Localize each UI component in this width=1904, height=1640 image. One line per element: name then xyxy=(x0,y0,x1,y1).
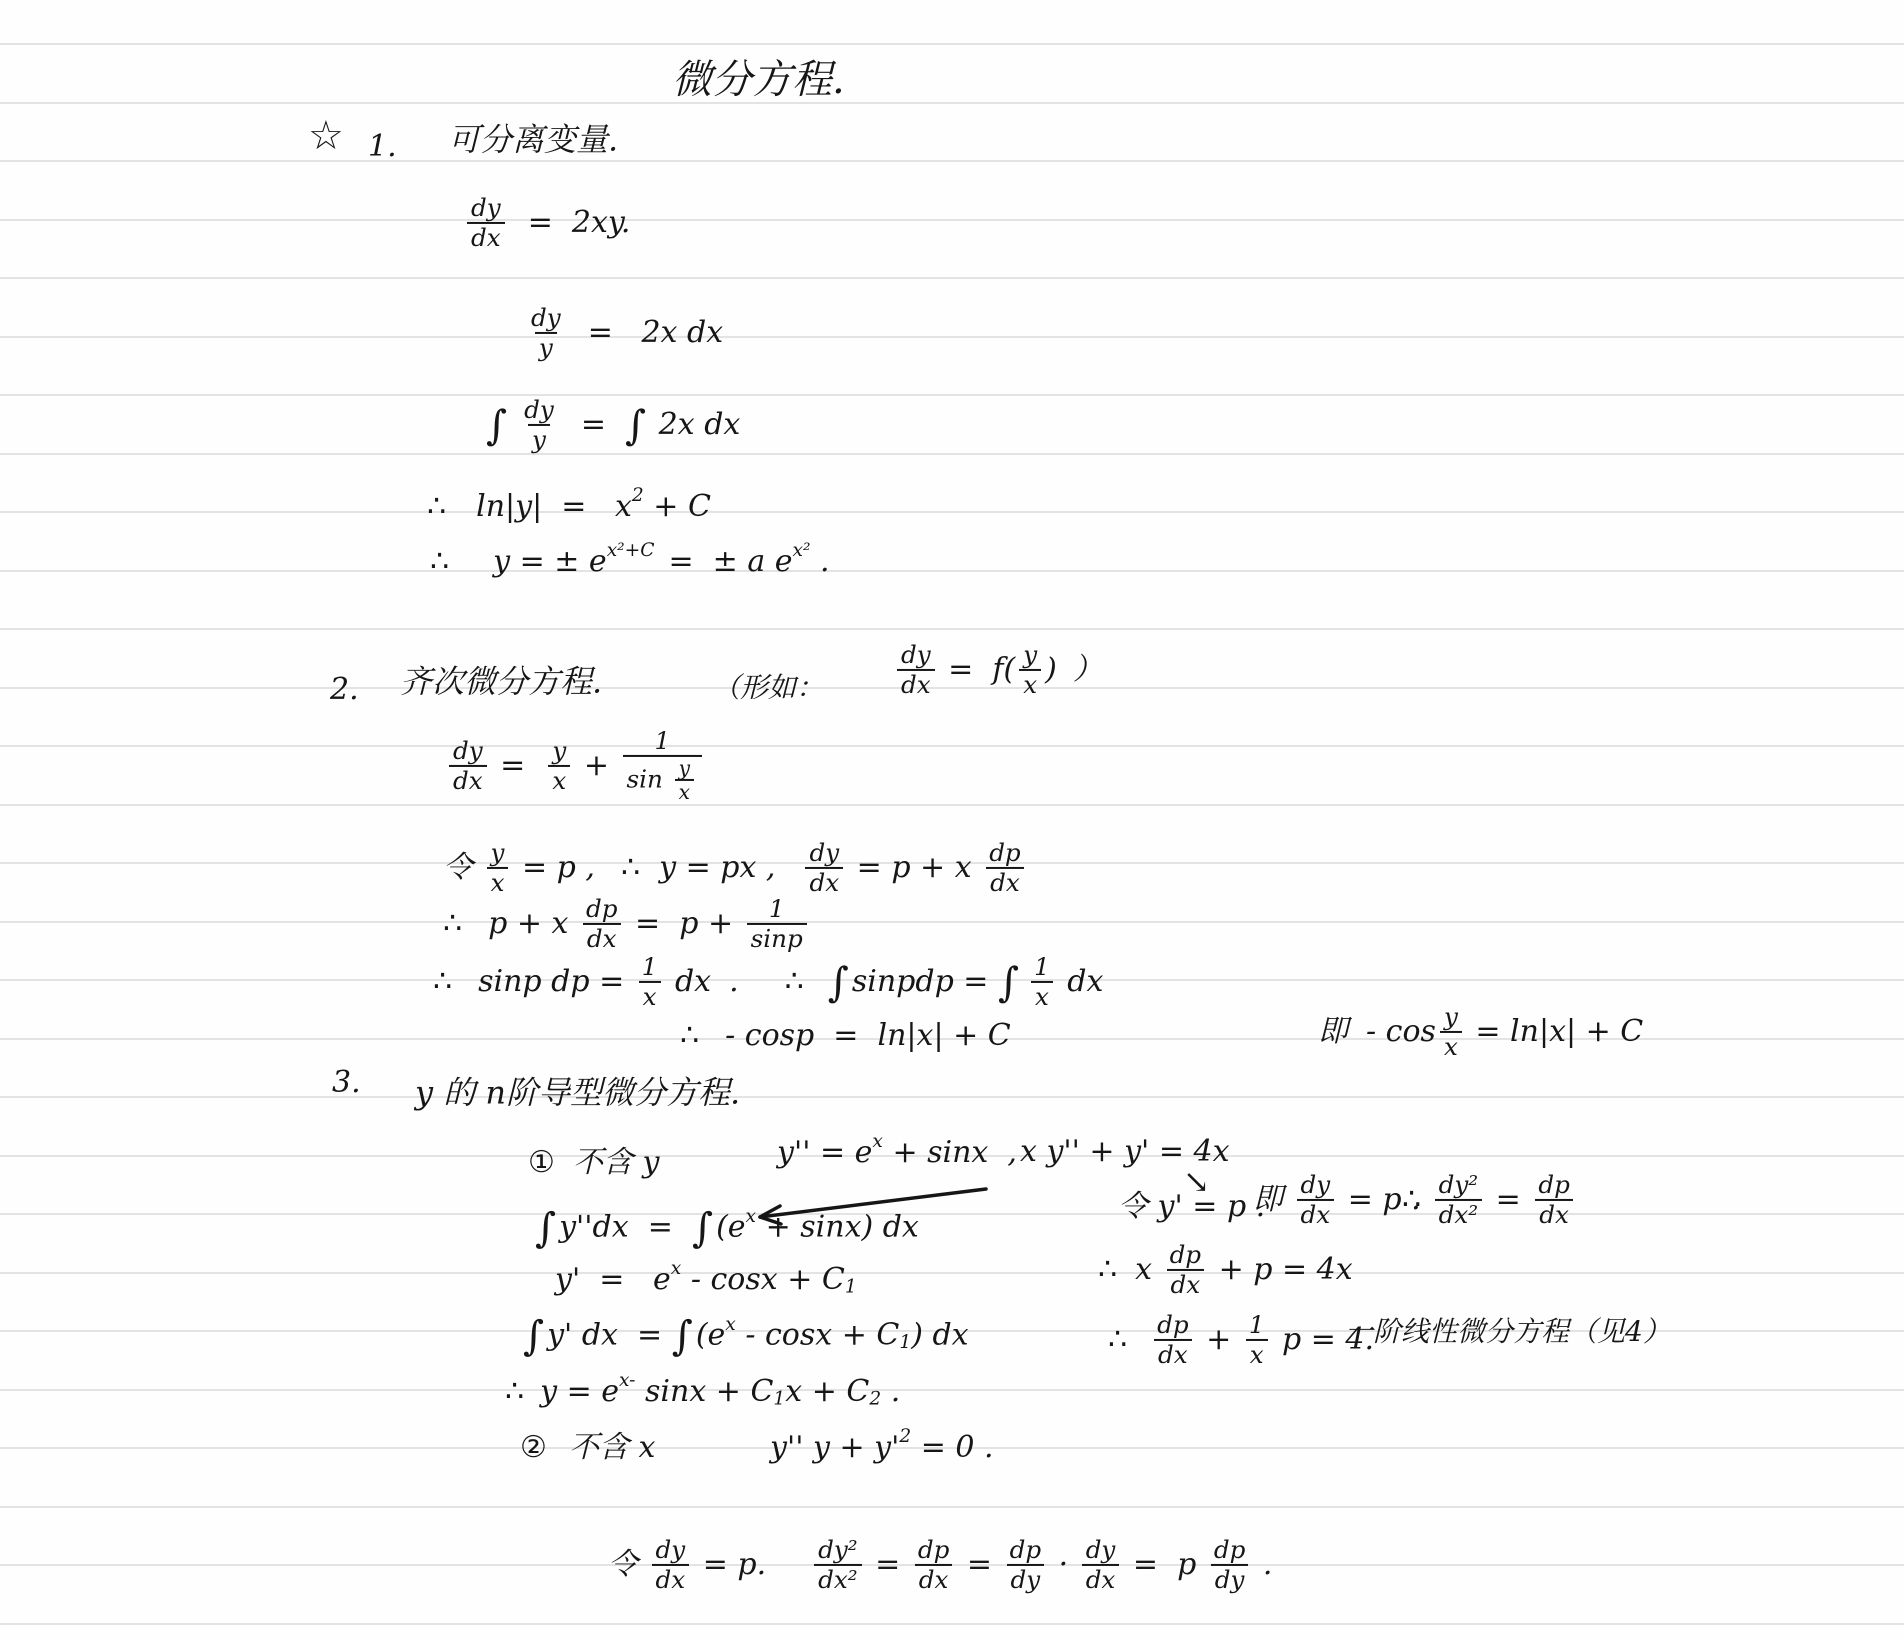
formula-text: = f( xyxy=(939,653,1016,688)
integral-sign: ∫ xyxy=(535,1205,556,1252)
fraction: dpdx xyxy=(985,840,1025,896)
formula-text: ln|y| = x xyxy=(476,490,632,525)
formula-text: dy xyxy=(1215,1565,1245,1594)
formula-text: ) dx xyxy=(911,1319,968,1354)
formula-text: dy xyxy=(1086,1535,1116,1564)
formula-text: dy xyxy=(901,640,931,669)
section-1-heading: 可分离变量. xyxy=(448,122,618,159)
formula-text: 即 xyxy=(1253,1183,1293,1218)
fraction-denominator: x xyxy=(675,779,694,804)
spacer xyxy=(775,868,801,869)
formula-text: ∴ xyxy=(785,965,804,1000)
formula-text: dp xyxy=(989,838,1021,867)
formula-text: + p = 4x xyxy=(1209,1253,1353,1288)
formula-text: = xyxy=(866,1548,910,1583)
formula-text: y = e xyxy=(540,1375,619,1410)
formula-text: y' = e xyxy=(555,1263,671,1298)
formula-text: (e xyxy=(716,1211,745,1246)
formula-text: 一阶线性微分方程（见4） xyxy=(1345,1316,1671,1348)
formula-text: ) xyxy=(1045,653,1057,688)
formula-text: dx xyxy=(1171,1270,1201,1299)
formula-text: ∴ y = px , xyxy=(621,851,776,886)
formula-text: dx xyxy=(656,1565,686,1594)
formula-text: dp xyxy=(1010,1535,1042,1564)
section-3-heading: y 的 n阶导型微分方程. xyxy=(415,1075,740,1112)
fraction-numerator: dy² xyxy=(814,1537,862,1564)
formula-text: - cosx + C xyxy=(736,1319,900,1354)
integral-sign: ∫ xyxy=(486,402,507,449)
notebook-page: { "page": { "background": "#fefefe", "ru… xyxy=(0,0,1904,1640)
fraction: dydx xyxy=(1082,1537,1120,1593)
fraction: yx xyxy=(487,840,509,896)
section-2-number: 2. xyxy=(330,673,359,708)
formula-text: . xyxy=(810,545,829,580)
formula-text: = p. xyxy=(693,1548,766,1583)
fraction-numerator: dp xyxy=(1153,1312,1193,1339)
formula-text: dx xyxy=(453,765,483,794)
superscript: x xyxy=(872,1131,883,1152)
formula-text: dy xyxy=(471,193,501,222)
formula-text: - cosx + C xyxy=(681,1263,845,1298)
fraction: dydx xyxy=(805,840,843,896)
formula-text: x xyxy=(552,765,566,794)
formula-text: dy xyxy=(1011,1565,1041,1594)
fraction: dpdx xyxy=(582,896,622,952)
equation: ∴p + x dpdx = p + 1sinp xyxy=(443,896,811,952)
equation: ∫y' dx = ∫(ex - cosx + C1) dx xyxy=(523,1313,969,1360)
formula-text: dx xyxy=(1058,965,1104,1000)
formula-text: ① xyxy=(528,1146,555,1181)
fraction: dpdy xyxy=(1210,1537,1250,1593)
fraction-denominator: dx² xyxy=(1435,1199,1482,1229)
spacer xyxy=(462,924,488,925)
spacer xyxy=(1057,670,1073,671)
equation: ∴ dy²dx² = dpdx xyxy=(1402,1172,1578,1228)
fraction-denominator: dx xyxy=(1535,1199,1573,1229)
fraction-numerator: 1 xyxy=(1245,1312,1269,1339)
formula-text: ∴ xyxy=(427,490,446,525)
spacer xyxy=(804,982,828,983)
fraction-numerator: dy xyxy=(805,840,843,867)
formula-text: y xyxy=(491,838,505,867)
superscript: x xyxy=(671,1258,682,1279)
superscript: 2 xyxy=(899,1426,911,1447)
superscript: x²+C xyxy=(607,540,655,561)
spacer xyxy=(711,982,729,983)
formula-text: y xyxy=(1023,640,1037,669)
formula-text: y 的 n阶导型微分方程. xyxy=(415,1075,740,1112)
formula-text: x xyxy=(1444,1032,1458,1061)
subsection-2-heading: ②不含 x xyxy=(520,1431,655,1466)
fraction: 1x xyxy=(1245,1312,1269,1368)
formula-text: = 2x dx xyxy=(569,316,723,351)
fraction-numerator: dp xyxy=(1006,1537,1046,1564)
fraction-denominator: dx² xyxy=(814,1564,861,1594)
fraction: dyy xyxy=(527,305,565,361)
fraction: dpdx xyxy=(1153,1312,1193,1368)
fraction-numerator: dp xyxy=(582,896,622,923)
fraction-denominator: dx xyxy=(986,867,1024,897)
formula-text: ∴ xyxy=(1098,1253,1117,1288)
fraction: 1x xyxy=(1030,954,1054,1010)
fraction-denominator: dx xyxy=(1167,1269,1205,1299)
formula-text: y xyxy=(552,736,566,765)
formula-text: sinp xyxy=(751,924,803,953)
equation: 令 dydx = p.dy²dx² = dpdx = dpdy · dydx =… xyxy=(608,1537,1272,1593)
equation: 令 yx = p ,∴ y = px ,dydx = p + x dpdx xyxy=(443,840,1029,896)
fraction-denominator: dx xyxy=(1082,1564,1120,1594)
formula-text: = 0 . xyxy=(911,1431,993,1466)
formula-text: = p , xyxy=(512,851,595,886)
formula-text: dx xyxy=(809,868,839,897)
formula-text: x xyxy=(1023,670,1037,699)
equation: ∴y = ± ex²+C= ± a ex² . xyxy=(430,545,830,580)
fraction: yx xyxy=(675,757,694,804)
formula-text: y' dx = xyxy=(547,1319,672,1354)
fraction-denominator: dy xyxy=(1211,1564,1249,1594)
formula-text: dx xyxy=(1086,1565,1116,1594)
formula-text: ∴ xyxy=(505,1375,524,1410)
formula-text: ∴ xyxy=(1402,1183,1431,1218)
formula-text: 2x dx xyxy=(649,408,740,443)
fraction-denominator: dx xyxy=(1297,1199,1335,1229)
fraction-denominator: dx xyxy=(897,669,935,699)
formula-text: x xyxy=(679,780,690,804)
fraction-numerator: dy² xyxy=(1435,1172,1483,1199)
formula-text: (e xyxy=(696,1319,725,1354)
fraction: 1sin yx xyxy=(623,728,703,804)
formula-text: 不含 x xyxy=(569,1431,655,1466)
fraction: 1sinp xyxy=(747,896,807,952)
fraction-numerator: dy xyxy=(1297,1172,1335,1199)
fraction-denominator: x xyxy=(1019,669,1041,699)
superscript: 2 xyxy=(632,485,644,506)
formula-text: dy xyxy=(453,736,483,765)
formula-text: dy² xyxy=(1439,1170,1479,1199)
formula-text: = xyxy=(562,408,625,443)
fraction-denominator: x xyxy=(487,867,509,897)
formula-text: dx xyxy=(471,223,501,252)
fraction-numerator: dp xyxy=(1166,1242,1206,1269)
formula-text: y xyxy=(1444,1002,1458,1031)
integral-sign: ∫ xyxy=(625,402,646,449)
equation: dydx = yx + 1sin yx xyxy=(445,728,706,804)
subscript: 1 xyxy=(899,1332,911,1353)
formula-text: 1 xyxy=(654,726,670,755)
fraction-denominator: dx xyxy=(467,222,505,252)
integral-sign: ∫ xyxy=(692,1205,713,1252)
formula-text: dx xyxy=(901,670,931,699)
formula-text: ☆ xyxy=(308,113,344,159)
formula-text: . xyxy=(729,965,739,1000)
fraction-numerator: y xyxy=(487,840,509,867)
formula-text: y'' y + y' xyxy=(770,1431,899,1466)
fraction-denominator: x xyxy=(548,764,570,794)
spacer xyxy=(654,562,668,563)
subsection-1-heading: ①不含 y xyxy=(528,1146,659,1181)
formula-text: 令 xyxy=(443,851,483,886)
formula-text: ∴ xyxy=(443,907,462,942)
formula-text: dp xyxy=(918,1535,950,1564)
equation: ∴- cosp = ln|x| + C xyxy=(680,1019,1011,1054)
formula-text: - cos xyxy=(1366,1015,1436,1050)
formula-text: 1 xyxy=(1034,952,1050,981)
formula-text: 可分离变量. xyxy=(448,122,618,159)
spacer xyxy=(595,868,621,869)
fraction-numerator: dy xyxy=(449,738,487,765)
fraction-numerator: 1 xyxy=(650,728,674,755)
formula-text: . xyxy=(1253,1548,1272,1583)
integral-sign: ∫ xyxy=(672,1313,693,1360)
formula-text: dx xyxy=(990,868,1020,897)
formula-text: = p + xyxy=(625,907,742,942)
superscript: x- xyxy=(619,1370,635,1391)
spacer xyxy=(449,562,493,563)
fraction: dyy xyxy=(520,397,558,453)
spacer xyxy=(452,982,478,983)
fraction-numerator: 1 xyxy=(1030,954,1054,981)
formula-text: 齐次微分方程. xyxy=(400,664,602,701)
formula-text: = ± a e xyxy=(668,545,792,580)
formula-text: dy xyxy=(1301,1170,1331,1199)
formula-text: dx² xyxy=(1439,1200,1478,1229)
equation: y'' = ex + sinx , xyxy=(777,1136,1017,1171)
star-icon: ☆ xyxy=(308,113,344,159)
fraction-denominator: x xyxy=(1440,1031,1462,1061)
formula-text: y xyxy=(539,333,553,362)
section-2-note: （形如： xyxy=(712,672,824,704)
formula-text: sinx + C xyxy=(635,1375,773,1410)
fraction: dydx xyxy=(652,1537,690,1593)
fraction: dpdx xyxy=(1534,1172,1574,1228)
equation: ∴y = ex- sinx + C1x + C2 . xyxy=(505,1375,900,1410)
fraction-denominator: dx xyxy=(915,1564,953,1594)
spacer xyxy=(1022,982,1026,983)
fraction-numerator: y xyxy=(675,757,694,779)
fraction-denominator: x xyxy=(1031,981,1053,1011)
fraction-denominator: x xyxy=(1246,1339,1268,1369)
formula-text: 不含 y xyxy=(573,1146,659,1181)
fraction-denominator: sinp xyxy=(747,923,807,953)
equation: dyy = 2x dx xyxy=(523,305,723,361)
formula-text: dp xyxy=(1170,1240,1202,1269)
fraction-numerator: dp xyxy=(914,1537,954,1564)
formula-text: ∴ xyxy=(433,965,452,1000)
fraction-numerator: y xyxy=(1440,1004,1462,1031)
subscript: 1 xyxy=(773,1388,785,1409)
formula-text: = xyxy=(957,1548,1001,1583)
formula-text: y = ± e xyxy=(493,545,607,580)
formula-text: 1. xyxy=(368,130,397,165)
integral-sign: ∫ xyxy=(828,959,849,1006)
equation: ∴dpdx + 1x p = 4. xyxy=(1108,1312,1374,1368)
fraction: yx xyxy=(1440,1004,1462,1060)
formula-text: - cosp = ln|x| + C xyxy=(725,1019,1011,1054)
formula-text: y xyxy=(679,755,690,779)
formula-text: y xyxy=(532,425,546,454)
fraction-denominator: dx xyxy=(805,867,843,897)
equation: ∴ln|y| = x2 + C xyxy=(427,490,711,525)
formula-text: ∴ xyxy=(430,545,449,580)
fraction-numerator: y xyxy=(1019,642,1041,669)
fraction: dy²dx² xyxy=(1435,1172,1483,1228)
formula-text: dx xyxy=(1158,1340,1188,1369)
fraction-denominator: dx xyxy=(1154,1339,1192,1369)
fraction-numerator: dy xyxy=(652,1537,690,1564)
formula-text: x xyxy=(1135,1253,1161,1288)
formula-text: dy xyxy=(531,303,561,332)
formula-text: y''dx = xyxy=(559,1211,692,1246)
formula-text: （形如： xyxy=(712,672,824,704)
fraction: dpdx xyxy=(914,1537,954,1593)
fraction-numerator: dy xyxy=(520,397,558,424)
formula-text: 即 xyxy=(1318,1015,1348,1050)
formula-text: . xyxy=(881,1375,900,1410)
formula-text: 令 xyxy=(608,1548,648,1583)
fraction-denominator: dx xyxy=(449,764,487,794)
fraction: dpdy xyxy=(1006,1537,1046,1593)
formula-text: = p xyxy=(1123,1548,1206,1583)
equation: dydx = f(yx)） xyxy=(893,642,1103,698)
formula-text: dx xyxy=(919,1565,949,1594)
formula-text: 微分方程. xyxy=(672,57,845,103)
fraction: yx xyxy=(548,738,570,794)
spacer xyxy=(547,1448,569,1449)
integral-sign: ∫ xyxy=(523,1313,544,1360)
formula-text: 3. xyxy=(332,1066,361,1101)
formula-text: dy xyxy=(809,838,839,867)
fraction: dydx xyxy=(1297,1172,1335,1228)
formula-text: = 2xy. xyxy=(509,206,631,241)
section-1-number: 1. xyxy=(368,130,397,165)
equation: ∫dyy = ∫ 2x dx xyxy=(486,397,740,453)
equation: 即 dydx = p . xyxy=(1253,1172,1421,1228)
formula-text: ∴ xyxy=(680,1019,699,1054)
formula-text: x xyxy=(1035,982,1049,1011)
formula-text: ∴ xyxy=(1108,1323,1127,1358)
formula-text: 令 y' = p . xyxy=(1118,1190,1265,1225)
fraction-numerator: dp xyxy=(1534,1172,1574,1199)
subscript: 1 xyxy=(845,1276,857,1297)
spacer xyxy=(1127,1340,1149,1341)
spacer xyxy=(1117,1270,1135,1271)
fraction-denominator: y xyxy=(528,424,550,454)
formula-text: x + C xyxy=(785,1375,869,1410)
formula-text: dx xyxy=(1539,1200,1569,1229)
fraction: dy²dx² xyxy=(814,1537,862,1593)
fraction: yx xyxy=(1019,642,1041,698)
fraction-numerator: dp xyxy=(1210,1537,1250,1564)
fraction: 1x xyxy=(638,954,662,1010)
formula-text: dp xyxy=(1214,1535,1246,1564)
equation: 即- cosyx = ln|x| + C xyxy=(1318,1004,1643,1060)
fraction-numerator: dy xyxy=(1082,1537,1120,1564)
formula-text: dx xyxy=(1301,1200,1331,1229)
formula-text: dy xyxy=(524,395,554,424)
formula-text: ） xyxy=(1073,653,1103,688)
fraction: dydx xyxy=(467,195,505,251)
formula-text: x xyxy=(643,982,657,1011)
integral-sign: ∫ xyxy=(998,959,1019,1006)
spacer xyxy=(510,425,516,426)
page-title: 微分方程. xyxy=(672,57,845,103)
formula-text: x xyxy=(491,868,505,897)
fraction-numerator: dy xyxy=(467,195,505,222)
long-left-arrow-icon xyxy=(750,1182,994,1232)
formula-text: sin xyxy=(627,764,671,793)
spacer xyxy=(766,1565,810,1566)
fraction-numerator: dp xyxy=(985,840,1025,867)
formula-text: ② xyxy=(520,1431,547,1466)
section-2-heading: 齐次微分方程. xyxy=(400,664,602,701)
fraction-denominator: dx xyxy=(652,1564,690,1594)
spacer xyxy=(699,1036,725,1037)
formula-text: = xyxy=(491,749,545,784)
formula-text: 1 xyxy=(642,952,658,981)
formula-text: 1 xyxy=(1249,1310,1265,1339)
formula-text: 2. xyxy=(330,673,359,708)
formula-text: dx xyxy=(587,924,617,953)
fraction-denominator: x xyxy=(639,981,661,1011)
formula-text: 1 xyxy=(769,894,785,923)
equation: dydx = 2xy. xyxy=(463,195,630,251)
equation: y'' y + y'2 = 0 . xyxy=(770,1431,994,1466)
superscript: x xyxy=(725,1314,736,1335)
fraction-denominator: sin yx xyxy=(623,754,703,804)
fraction-denominator: y xyxy=(535,332,557,362)
fraction-numerator: dy xyxy=(897,642,935,669)
formula-text: sinpdp = xyxy=(852,965,998,1000)
formula-text: + xyxy=(1197,1323,1241,1358)
formula-text: = xyxy=(1486,1183,1530,1218)
formula-text: + C xyxy=(644,490,711,525)
section-3-number: 3. xyxy=(332,1066,361,1101)
fraction: dydx xyxy=(449,738,487,794)
spacer xyxy=(739,982,785,983)
formula-text: dy xyxy=(656,1535,686,1564)
spacer xyxy=(524,1392,540,1393)
formula-text: p + x xyxy=(488,907,578,942)
subscript: 2 xyxy=(869,1388,881,1409)
formula-text: dx xyxy=(665,965,711,1000)
annotation: 一阶线性微分方程（见4） xyxy=(1345,1316,1671,1348)
formula-text: · xyxy=(1049,1548,1078,1583)
formula-text: dy² xyxy=(818,1535,858,1564)
fraction-denominator: dx xyxy=(583,923,621,953)
formula-text: dp xyxy=(586,894,618,923)
spacer xyxy=(1348,1032,1366,1033)
formula-text: + sinx , xyxy=(883,1136,1017,1171)
equation: y' = ex - cosx + C1 xyxy=(555,1263,857,1298)
formula-text: = ln|x| + C xyxy=(1466,1015,1643,1050)
notes-layer: 微分方程.☆1.可分离变量.dydx = 2xy.dyy = 2x dx∫dyy… xyxy=(0,0,1904,1640)
formula-text: sinp dp = xyxy=(478,965,634,1000)
formula-text: dx² xyxy=(818,1565,857,1594)
formula-text: x xyxy=(1250,1340,1264,1369)
formula-text: dp xyxy=(1538,1170,1570,1199)
fraction: dydx xyxy=(897,642,935,698)
superscript: x² xyxy=(793,540,811,561)
spacer xyxy=(555,1163,573,1164)
equation: ∴sinp dp = 1x dx.∴∫sinpdp = ∫1x dx xyxy=(433,954,1103,1010)
formula-text: = p + x xyxy=(847,851,981,886)
fraction-numerator: y xyxy=(548,738,570,765)
formula-text: y'' = e xyxy=(777,1136,872,1171)
fraction: dpdx xyxy=(1166,1242,1206,1298)
fraction-numerator: dy xyxy=(527,305,565,332)
equation: 令 y' = p . xyxy=(1118,1190,1265,1225)
formula-text: dp xyxy=(1157,1310,1189,1339)
